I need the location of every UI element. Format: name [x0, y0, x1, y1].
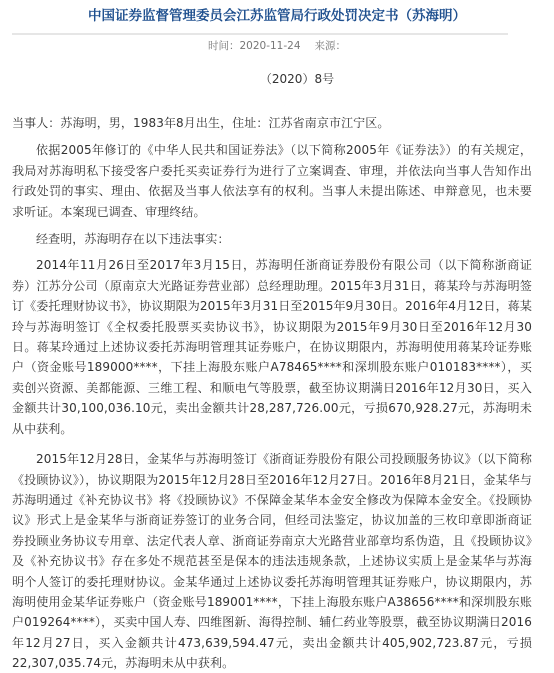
fact-paragraph-1: 2014年11月26日至2017年3月15日，苏海明任浙商证券股份有限公司（以下… [12, 255, 532, 439]
page-title: 中国证券监督管理委员会江苏监管局行政处罚决定书（苏海明） [0, 6, 554, 26]
time-value: 2020-11-24 [239, 38, 300, 54]
source-label: 来源： [315, 38, 347, 54]
document-body: 当事人：苏海明，男，1983年8月出生，住址：江苏省南京市江宁区。 依据2005… [12, 113, 532, 673]
title-divider [12, 33, 508, 35]
findings-intro: 经查明，苏海明存在以下违法事实： [12, 229, 532, 249]
fact-paragraph-2: 2015年12月28日，金某华与苏海明签订《浙商证券股份有限公司投顾服务协议》（… [12, 449, 532, 673]
document-number-row: （2020）8号 [0, 70, 554, 88]
time-label: 时间： [208, 38, 240, 54]
publish-meta: 时间：2020-11-24来源： [0, 38, 554, 54]
procedure-paragraph: 依据2005年修订的《中华人民共和国证券法》（以下简称2005年《证券法》）的有… [12, 140, 532, 222]
document-number: （2020）8号 [260, 72, 334, 86]
party-info: 当事人：苏海明，男，1983年8月出生，住址：江苏省南京市江宁区。 [12, 113, 532, 133]
